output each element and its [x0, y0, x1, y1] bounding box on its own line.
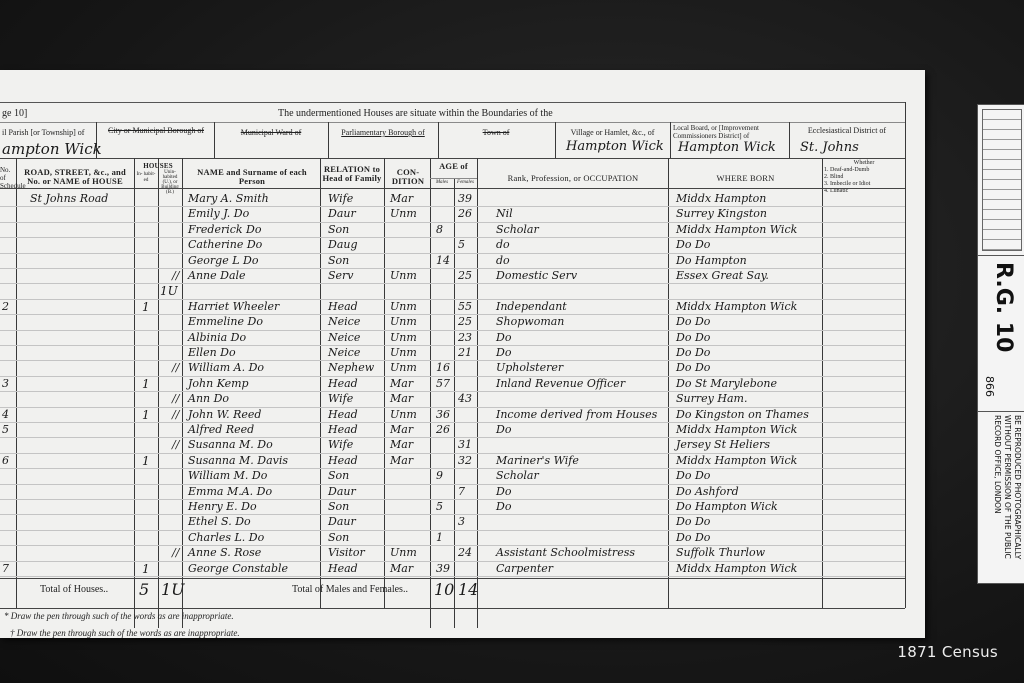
cell-female-age: 24 [458, 546, 472, 560]
footnote-2: † Draw the pen through such of the words… [10, 628, 240, 638]
cell-inh: 1 [142, 562, 150, 576]
cell-schedule: 6 [2, 454, 9, 468]
cell-relation: Head [328, 454, 358, 468]
cell-condition: Mar [390, 438, 413, 452]
cell-born: Do Do [676, 238, 710, 252]
cell-name: John Kemp [188, 377, 249, 391]
ruler-scale [982, 109, 1022, 251]
cell-relation: Nephew [328, 361, 374, 375]
cell-born: Middx Hampton Wick [676, 300, 797, 314]
cell-female-age: 39 [458, 192, 472, 206]
cell-relation: Wife [328, 438, 353, 452]
cell-name: Harriet Wheeler [188, 300, 279, 314]
cell-born: Middx Hampton Wick [676, 454, 797, 468]
cell-name: Emma M.A. Do [188, 485, 272, 499]
table-row: //William A. DoNephewUnm16UpholstererDo … [0, 361, 925, 376]
cell-condition: Mar [390, 423, 413, 437]
civil-parish-label: il Parish [or Township] of [2, 128, 84, 137]
cell-born: Do Do [676, 346, 710, 360]
cell-name: Alfred Reed [188, 423, 254, 437]
table-row: Emma M.A. DoDaur7DoDo Ashford [0, 485, 925, 500]
cell-occupation: Shopwoman [496, 315, 564, 329]
cell-name: Emily J. Do [188, 207, 249, 221]
col-occupation-header: Rank, Profession, or OCCUPATION [478, 174, 668, 183]
cell-condition: Unm [390, 331, 417, 345]
cell-relation: Head [328, 300, 358, 314]
table-row: Henry E. DoSon5DoDo Hampton Wick [0, 500, 925, 515]
cell-relation: Wife [328, 192, 353, 206]
cell-condition: Unm [390, 315, 417, 329]
cell-born: Middx Hampton [676, 192, 766, 206]
cell-born: Do Hampton [676, 254, 747, 268]
cell-male-age: 39 [436, 562, 450, 576]
cell-relation: Daug [328, 238, 358, 252]
cell-relation: Head [328, 562, 358, 576]
cell-uninh: 1U [160, 284, 178, 298]
table-row: //Susanna M. DoWifeMar31Jersey St Helier… [0, 438, 925, 453]
cell-relation: Wife [328, 392, 353, 406]
cell-condition: Mar [390, 377, 413, 391]
civil-parish-value: ampton Wick [2, 140, 102, 158]
cell-name: Anne Dale [188, 269, 246, 283]
col-relation-header: RELATION to Head of Family [321, 165, 383, 183]
cell-relation: Visitor [328, 546, 365, 560]
cell-male-age: 1 [436, 531, 443, 545]
cell-name: Susanna M. Do [188, 438, 273, 452]
cell-relation: Son [328, 469, 349, 483]
cell-schedule: 2 [2, 300, 9, 314]
total-houses-uninhabited: 1U [161, 580, 185, 599]
cell-name: Anne S. Rose [188, 546, 261, 560]
town-label: Town of [440, 128, 552, 137]
cell-female-age: 31 [458, 438, 472, 452]
reference-code: R.G. 10 [991, 262, 1016, 352]
table-row: Frederick DoSon8ScholarMiddx Hampton Wic… [0, 223, 925, 238]
cell-relation: Son [328, 531, 349, 545]
cell-occupation: Assistant Schoolmistress [496, 546, 635, 560]
cell-born: Middx Hampton Wick [676, 423, 797, 437]
cell-female-age: 25 [458, 315, 472, 329]
cell-relation: Head [328, 408, 358, 422]
cell-road: St Johns Road [30, 192, 108, 206]
local-board-value: Hampton Wick [678, 140, 776, 155]
total-males: 10 [434, 580, 454, 599]
piece-number: 866 [983, 376, 996, 397]
table-row: 21Harriet WheelerHeadUnm55IndependantMid… [0, 300, 925, 315]
cell-mark: // [172, 269, 179, 283]
village-value: Hampton Wick [566, 139, 664, 154]
col-road-header: ROAD, STREET, &c., and No. or NAME of HO… [18, 168, 132, 186]
cell-name: Emmeline Do [188, 315, 263, 329]
cell-name: Ellen Do [188, 346, 236, 360]
cell-female-age: 23 [458, 331, 472, 345]
ward-label: Municipal Ward of [216, 128, 326, 137]
table-row: George L DoSon14doDo Hampton [0, 254, 925, 269]
cell-occupation: Mariner's Wife [496, 454, 579, 468]
cell-occupation: Do [496, 423, 511, 437]
cell-condition: Unm [390, 546, 417, 560]
cell-occupation: Do [496, 485, 511, 499]
cell-born: Do Hampton Wick [676, 500, 778, 514]
cell-relation: Neice [328, 331, 360, 345]
page-number: ge 10] [2, 108, 27, 119]
local-board-label: Local Board, or [Improvement Commissione… [673, 124, 787, 140]
cell-female-age: 26 [458, 207, 472, 221]
cell-occupation: do [496, 238, 510, 252]
cell-inh: 1 [142, 300, 150, 314]
village-label: Village or Hamlet, &c., of [557, 128, 668, 137]
cell-name: William M. Do [188, 469, 267, 483]
cell-schedule: 7 [2, 562, 9, 576]
cell-schedule: 3 [2, 377, 9, 391]
table-row: //Ann DoWifeMar43Surrey Ham. [0, 392, 925, 407]
cell-occupation: Nil [496, 207, 513, 221]
cell-relation: Head [328, 423, 358, 437]
cell-name: William A. Do [188, 361, 264, 375]
cell-born: Do Do [676, 315, 710, 329]
cell-female-age: 21 [458, 346, 472, 360]
cell-born: Do Do [676, 361, 710, 375]
parliamentary-borough-label: Parliamentary Borough of [330, 128, 436, 137]
cell-inh: 1 [142, 454, 150, 468]
cell-relation: Neice [328, 315, 360, 329]
cell-male-age: 9 [436, 469, 443, 483]
table-row: //Anne S. RoseVisitorUnm24Assistant Scho… [0, 546, 925, 561]
table-row: 31John KempHeadMar57Inland Revenue Offic… [0, 377, 925, 392]
cell-occupation: Do [496, 500, 511, 514]
reference-card: R.G. 10 866 BE REPRODUCED PHOTOGRAPHICAL… [977, 104, 1024, 584]
col-inhabited-header: In- habit- ed [135, 172, 157, 184]
cell-male-age: 5 [436, 500, 443, 514]
cell-mark: // [172, 361, 179, 375]
cell-relation: Son [328, 254, 349, 268]
cell-name: Henry E. Do [188, 500, 257, 514]
row-rule [0, 576, 905, 577]
col-name-header: NAME and Surname of each Person [184, 168, 320, 186]
ecclesiastical-label: Ecclesiastical District of [791, 126, 903, 135]
table-row: Ethel S. DoDaur3Do Do [0, 515, 925, 530]
table-row: Ellen DoNeiceUnm21DoDo Do [0, 346, 925, 361]
cell-name: Charles L. Do [188, 531, 264, 545]
cell-name: Ethel S. Do [188, 515, 251, 529]
boundaries-title: The undermentioned Houses are situate wi… [278, 108, 553, 119]
col-schedule-header: No. of Schedule [0, 166, 16, 190]
table-row: William M. DoSon9ScholarDo Do [0, 469, 925, 484]
ecclesiastical-value: St. Johns [800, 140, 859, 155]
cell-born: Do Kingston on Thames [676, 408, 809, 422]
cell-condition: Unm [390, 207, 417, 221]
census-page: ge 10] The undermentioned Houses are sit… [0, 70, 925, 638]
cell-relation: Serv [328, 269, 354, 283]
cell-mark: // [172, 438, 179, 452]
reference-block: R.G. 10 866 [978, 255, 1024, 412]
cell-name: Frederick Do [188, 223, 262, 237]
cell-condition: Mar [390, 392, 413, 406]
cell-born: Do Do [676, 515, 710, 529]
col-age-males-header: Males [430, 180, 454, 185]
cell-mark: // [172, 546, 179, 560]
cell-born: Suffolk Thurlow [676, 546, 765, 560]
cell-female-age: 3 [458, 515, 465, 529]
cell-inh: 1 [142, 408, 150, 422]
cell-name: Mary A. Smith [188, 192, 269, 206]
footnote-1: * Draw the pen through such of the words… [4, 611, 234, 621]
cell-occupation: do [496, 254, 510, 268]
whether-item: 2. Blind [824, 174, 904, 181]
cell-occupation: Domestic Serv [496, 269, 577, 283]
table-row: Emmeline DoNeiceUnm25ShopwomanDo Do [0, 315, 925, 330]
total-houses-inhabited: 5 [139, 580, 149, 599]
table-row: 71George ConstableHeadMar39CarpenterMidd… [0, 562, 925, 577]
table-row: Emily J. DoDaurUnm26NilSurrey Kingston [0, 207, 925, 222]
cell-born: Surrey Ham. [676, 392, 747, 406]
cell-born: Do Do [676, 331, 710, 345]
cell-female-age: 32 [458, 454, 472, 468]
cell-relation: Daur [328, 515, 356, 529]
cell-schedule: 4 [2, 408, 9, 422]
cell-inh: 1 [142, 377, 150, 391]
col-whether-header: Whether 1. Deaf-and-Dumb 2. Blind 3. Imb… [824, 160, 904, 195]
table-row: 61Susanna M. DavisHeadMar32Mariner's Wif… [0, 454, 925, 469]
cell-occupation: Carpenter [496, 562, 553, 576]
cell-born: Do Do [676, 531, 710, 545]
cell-condition: Mar [390, 454, 413, 468]
table-row: 41//John W. ReedHeadUnm36Income derived … [0, 408, 925, 423]
cell-male-age: 57 [436, 377, 450, 391]
cell-occupation: Inland Revenue Officer [496, 377, 625, 391]
cell-mark: // [172, 408, 179, 422]
cell-relation: Son [328, 500, 349, 514]
cell-female-age: 55 [458, 300, 472, 314]
cell-condition: Unm [390, 346, 417, 360]
cell-born: Do Ashford [676, 485, 739, 499]
col-age-females-header: Females [454, 180, 477, 185]
cell-male-age: 16 [436, 361, 450, 375]
cell-male-age: 8 [436, 223, 443, 237]
cell-name: Susanna M. Davis [188, 454, 288, 468]
cell-occupation: Scholar [496, 469, 539, 483]
cell-relation: Daur [328, 485, 356, 499]
table-row: 5Alfred ReedHeadMar26DoMiddx Hampton Wic… [0, 423, 925, 438]
table-row: Catherine DoDaug5doDo Do [0, 238, 925, 253]
copyright-notice: BE REPRODUCED PHOTOGRAPHICALLY WITHOUT P… [992, 415, 1022, 575]
whether-item: 3. Imbecile or Idiot [824, 181, 904, 188]
cell-born: Essex Great Say. [676, 269, 769, 283]
cell-occupation: Upholsterer [496, 361, 563, 375]
cell-female-age: 25 [458, 269, 472, 283]
cell-female-age: 7 [458, 485, 465, 499]
cell-occupation: Scholar [496, 223, 539, 237]
cell-condition: Unm [390, 361, 417, 375]
cell-condition: Mar [390, 192, 413, 206]
table-row: Albinia DoNeiceUnm23DoDo Do [0, 331, 925, 346]
col-age-header: AGE of [430, 162, 477, 171]
city-label: City or Municipal Borough of [100, 126, 212, 135]
cell-born: Do St Marylebone [676, 377, 777, 391]
cell-born: Surrey Kingston [676, 207, 767, 221]
table-row: 1U [0, 284, 925, 299]
cell-born: Middx Hampton Wick [676, 223, 797, 237]
cell-occupation: Income derived from Houses [496, 408, 657, 422]
cell-born: Jersey St Heliers [676, 438, 770, 452]
cell-name: Ann Do [188, 392, 229, 406]
cell-occupation: Do [496, 331, 511, 345]
cell-condition: Unm [390, 300, 417, 314]
cell-name: John W. Reed [188, 408, 261, 422]
total-females: 14 [458, 580, 478, 599]
table-row: St Johns RoadMary A. SmithWifeMar39Middx… [0, 192, 925, 207]
table-row: //Anne DaleServUnm25Domestic ServEssex G… [0, 269, 925, 284]
cell-born: Middx Hampton Wick [676, 562, 797, 576]
cell-condition: Unm [390, 269, 417, 283]
whether-item: 1. Deaf-and-Dumb [824, 167, 904, 174]
cell-relation: Head [328, 377, 358, 391]
cell-occupation: Do [496, 346, 511, 360]
cell-female-age: 5 [458, 238, 465, 252]
col-where-born-header: WHERE BORN [669, 174, 822, 183]
cell-born: Do Do [676, 469, 710, 483]
table-row: Charles L. DoSon1Do Do [0, 531, 925, 546]
copyright-notice-box: BE REPRODUCED PHOTOGRAPHICALLY WITHOUT P… [978, 415, 1024, 575]
cell-name: Catherine Do [188, 238, 262, 252]
total-persons-label: Total of Males and Females.. [292, 584, 408, 595]
cell-relation: Daur [328, 207, 356, 221]
cell-condition: Mar [390, 562, 413, 576]
cell-occupation: Independant [496, 300, 567, 314]
total-houses-label: Total of Houses.. [40, 584, 108, 595]
cell-relation: Son [328, 223, 349, 237]
cell-condition: Unm [390, 408, 417, 422]
cell-male-age: 36 [436, 408, 450, 422]
cell-name: George Constable [188, 562, 288, 576]
cell-schedule: 5 [2, 423, 9, 437]
cell-female-age: 43 [458, 392, 472, 406]
col-condition-header: CON- DITION [386, 168, 430, 186]
cell-name: Albinia Do [188, 331, 246, 345]
cell-mark: // [172, 392, 179, 406]
cell-name: George L Do [188, 254, 258, 268]
whether-title: Whether [824, 160, 904, 167]
cell-male-age: 14 [436, 254, 450, 268]
cell-male-age: 26 [436, 423, 450, 437]
cell-relation: Neice [328, 346, 360, 360]
image-caption: 1871 Census [897, 643, 998, 661]
